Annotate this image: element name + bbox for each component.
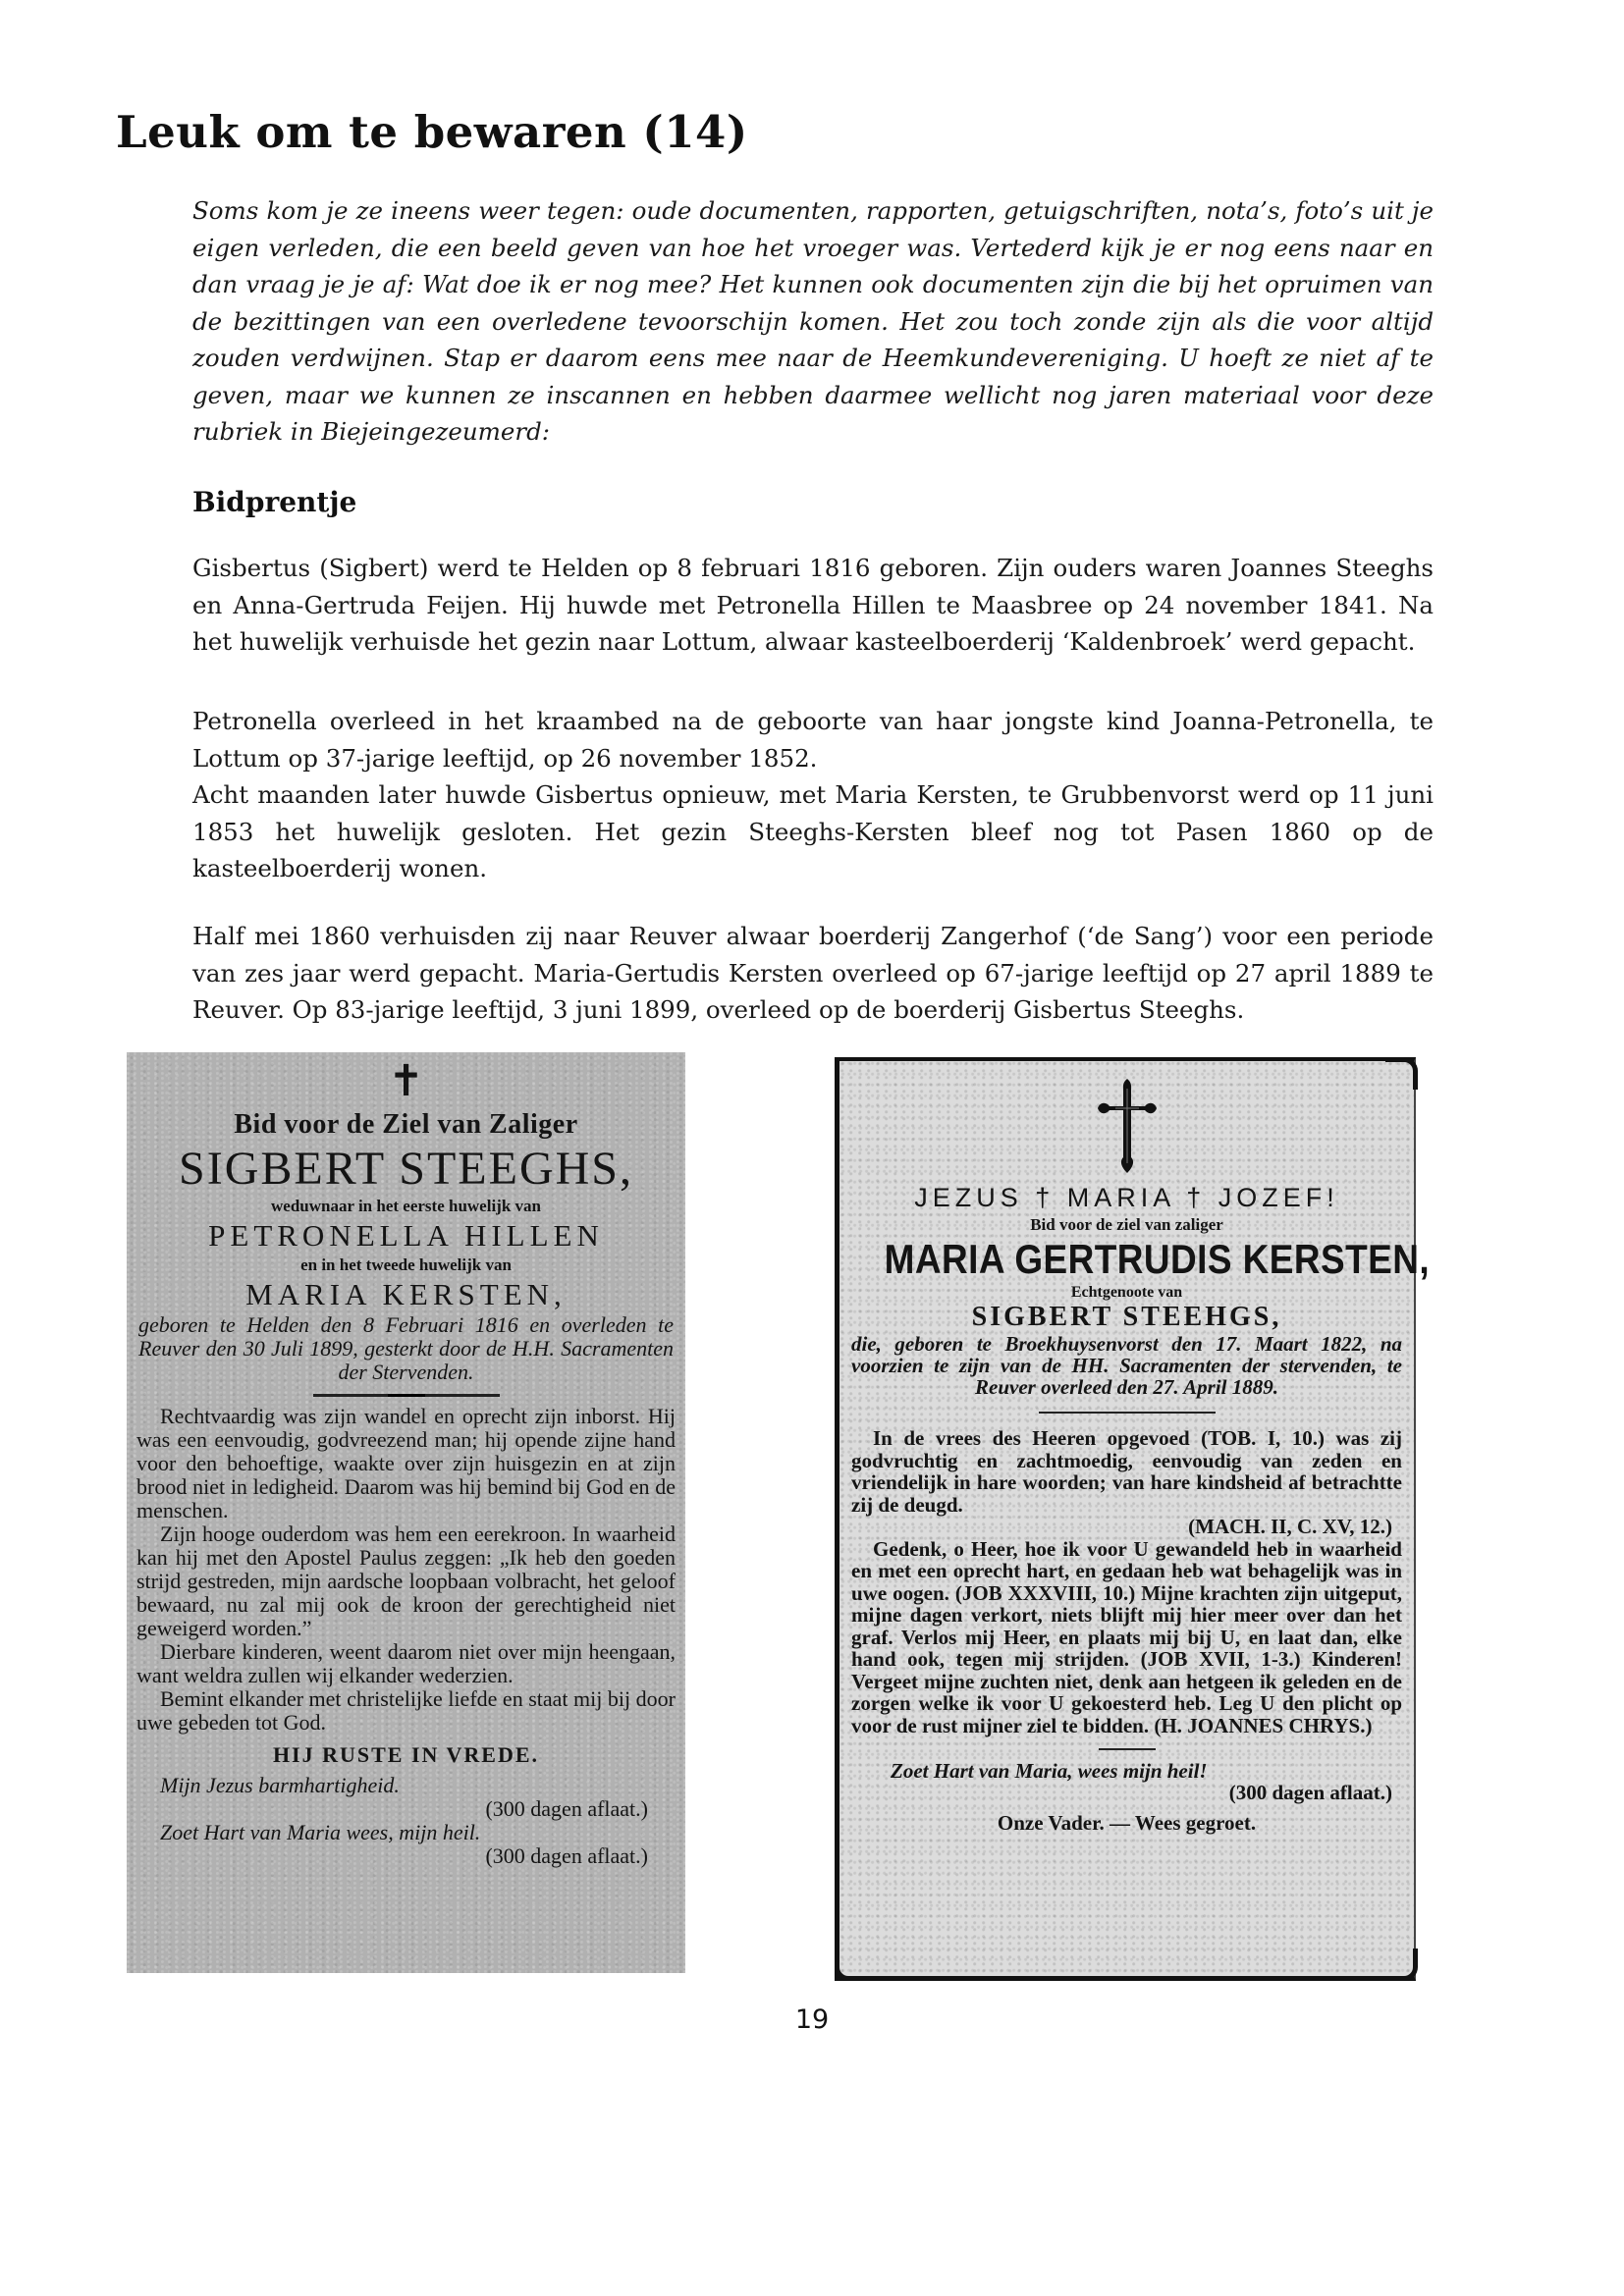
page-title: Leuk om te bewaren (14): [116, 106, 748, 158]
card-paragraph: Rechtvaardig was zijn wandel en oprecht …: [136, 1405, 676, 1522]
divider: [1099, 1748, 1156, 1750]
card-body: Rechtvaardig was zijn wandel en oprecht …: [136, 1405, 676, 1735]
prayer-card-maria-kersten: JEZUS † MARIA † JOZEF! Bid voor de ziel …: [835, 1057, 1416, 1981]
card-paragraph: Gedenk, o Heer, hoe ik voor U gewandeld …: [851, 1538, 1402, 1737]
card-body: In de vrees des Heeren opgevoed (TOB. I,…: [851, 1427, 1402, 1736]
spouse-name: SIGBERT STEEHGS,: [851, 1302, 1402, 1333]
paragraph-line: Petronella overleed in het kraambed na d…: [192, 703, 1434, 776]
indulgence-note: (300 dagen aflaat.): [136, 1797, 676, 1821]
body-paragraph: Petronella overleed in het kraambed na d…: [192, 703, 1434, 887]
ornament-corner: [835, 1949, 867, 1981]
rest-in-peace: HIJ RUSTE IN VREDE.: [136, 1742, 676, 1768]
prayer-line: Zoet Hart van Maria, wees mijn heil!: [851, 1760, 1402, 1782]
spouse-name: PETRONELLA HILLEN: [136, 1217, 676, 1255]
birth-death-text: geboren te Helden den 8 Februari 1816 en…: [136, 1313, 676, 1384]
birth-death-text: die, geboren te Broekhuysenvorst den 17.…: [851, 1333, 1402, 1398]
cross-icon: [851, 1077, 1402, 1175]
card-paragraph: Zijn hooge ouderdom was hem een eerekroo…: [136, 1522, 676, 1640]
paragraph-line: Half mei 1860 verhuisden zij naar Reuver…: [192, 918, 1434, 1029]
body-paragraph: Gisbertus (Sigbert) werd te Helden op 8 …: [192, 550, 1434, 661]
deceased-name: MARIA GERTRUDIS KERSTEN,: [885, 1235, 1370, 1284]
card-header: JEZUS † MARIA † JOZEF!: [851, 1183, 1402, 1213]
ornament-corner: [1385, 1949, 1418, 1981]
card-paragraph: In de vrees des Heeren opgevoed (TOB. I,…: [851, 1427, 1402, 1516]
prayer-card-sigbert-steeghs: ✝ Bid voor de Ziel van Zaliger SIGBERT S…: [127, 1052, 685, 1973]
paragraph-line: Gisbertus (Sigbert) werd te Helden op 8 …: [192, 550, 1434, 661]
ornamental-divider: [1039, 1412, 1216, 1414]
spouse-name: MARIA KERSTEN,: [136, 1276, 676, 1313]
intro-paragraph: Soms kom je ze ineens weer tegen: oude d…: [192, 192, 1434, 451]
card-heading: Bid voor de Ziel van Zaliger: [136, 1109, 676, 1141]
section-heading: Bidprentje: [192, 486, 356, 518]
cross-icon: ✝: [136, 1060, 676, 1103]
card-paragraph: Bemint elkander met christelijke liefde …: [136, 1687, 676, 1735]
deceased-name: SIGBERT STEEGHS,: [136, 1143, 676, 1196]
closing-prayers: Onze Vader. — Wees gegroet.: [851, 1811, 1402, 1836]
ornament-corner: [1385, 1057, 1418, 1090]
prayer-line: Zoet Hart van Maria wees, mijn heil.: [136, 1821, 676, 1844]
body-paragraph: Half mei 1860 verhuisden zij naar Reuver…: [192, 918, 1434, 1029]
card-subline: Echtgenoote van: [851, 1284, 1402, 1302]
indulgence-note: (300 dagen aflaat.): [136, 1844, 676, 1868]
page-number: 19: [0, 2004, 1624, 2035]
ornamental-divider: [313, 1394, 500, 1397]
card-heading: Bid voor de ziel van zaliger: [851, 1215, 1402, 1235]
card-subline: weduwnaar in het eerste huwelijk van: [136, 1196, 676, 1217]
card-paragraph: Dierbare kinderen, weent daarom niet ove…: [136, 1640, 676, 1687]
prayer-line: Mijn Jezus barmhartigheid.: [136, 1774, 676, 1797]
card-subline: en in het tweede huwelijk van: [136, 1255, 676, 1276]
scripture-reference: (MACH. II, C. XV, 12.): [851, 1516, 1402, 1538]
paragraph-line: Acht maanden later huwde Gisbertus opnie…: [192, 776, 1434, 887]
indulgence-note: (300 dagen aflaat.): [851, 1782, 1402, 1803]
